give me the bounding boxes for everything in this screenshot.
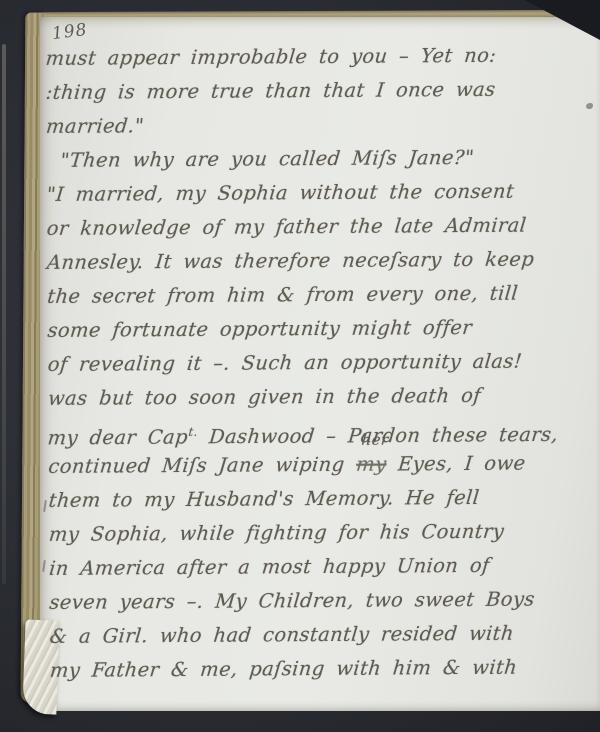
manuscript-line: Annesley. It was therefore neceſsary to … bbox=[45, 242, 600, 280]
text-segment: married." bbox=[45, 114, 145, 138]
text-segment: continued Miſs Jane wiping bbox=[47, 453, 357, 478]
text-segment: them to my Husband's Memory. He fell bbox=[48, 486, 481, 512]
manuscript-line: was but too soon given in the death of bbox=[46, 378, 600, 416]
text-segment: of revealing it –. Such an opportunity a… bbox=[47, 350, 523, 376]
manuscript-line: the secret from him & from every one, ti… bbox=[46, 276, 600, 314]
manuscript-photo: 198 must appear improbable to you – Yet … bbox=[0, 0, 600, 732]
manuscript-text: must appear improbable to you – Yet no::… bbox=[44, 38, 600, 688]
manuscript-line: married." bbox=[44, 106, 599, 144]
manuscript-line: my Sophia, while fighting for his Countr… bbox=[47, 514, 600, 552]
manuscript-line: or knowledge of my father the late Admir… bbox=[45, 208, 600, 246]
struck-word: my bbox=[355, 453, 388, 476]
text-segment: my Sophia, while fighting for his Countr… bbox=[48, 520, 505, 546]
text-segment: must appear improbable to you – Yet no: bbox=[45, 44, 498, 70]
manuscript-line: "Then why are you called Miſs Jane?" bbox=[45, 140, 600, 178]
manuscript-line: :thing is more true than that I once was bbox=[44, 72, 599, 110]
text-segment: :thing is more true than that I once was bbox=[45, 78, 497, 104]
text-segment: some fortunate opportunity might offer bbox=[46, 316, 473, 342]
manuscript-line: in America after a most happy Union of bbox=[48, 548, 600, 586]
manuscript-line: some fortunate opportunity might offer bbox=[46, 310, 600, 348]
manuscript-line: them to my Husband's Memory. He fell bbox=[47, 480, 600, 518]
manuscript-line: & a Girl. who had constantly resided wit… bbox=[48, 616, 600, 654]
manuscript-line: of revealing it –. Such an opportunity a… bbox=[46, 344, 600, 382]
text-segment: or knowledge of my father the late Admir… bbox=[46, 214, 528, 240]
text-segment: seven years –. My Children, two sweet Bo… bbox=[48, 588, 536, 614]
text-segment: "I married, my Sophia without the consen… bbox=[46, 180, 516, 206]
text-segment: my dear Cap bbox=[47, 425, 190, 449]
manuscript-line: must appear improbable to you – Yet no: bbox=[44, 38, 599, 76]
manuscript-line: continued Miſs Jane wiping myher Eyes, I… bbox=[47, 446, 600, 484]
page-number: 198 bbox=[51, 20, 89, 44]
manuscript-line: my Father & me, paſsing with him & with bbox=[48, 650, 600, 688]
manuscript-line: "I married, my Sophia without the consen… bbox=[45, 174, 600, 212]
text-segment: "Then why are you called Miſs Jane?" bbox=[59, 146, 475, 172]
text-segment: my Father & me, paſsing with him & with bbox=[49, 656, 519, 682]
text-segment: & a Girl. who had constantly resided wit… bbox=[49, 622, 516, 648]
manuscript-line: my dear Capt. Dashwood – Pardon these te… bbox=[47, 412, 600, 450]
text-segment: was but too soon given in the death of bbox=[47, 384, 482, 410]
text-segment: the secret from him & from every one, ti… bbox=[46, 282, 519, 308]
outer-page-edge bbox=[2, 44, 6, 584]
text-segment: Annesley. It was therefore neceſsary to … bbox=[46, 248, 535, 274]
text-segment: in America after a most happy Union of bbox=[48, 554, 491, 580]
text-segment: Eyes, I owe bbox=[385, 452, 526, 476]
corrected-word: myher bbox=[355, 448, 389, 482]
manuscript-line: seven years –. My Children, two sweet Bo… bbox=[48, 582, 600, 620]
inserted-word: her bbox=[361, 433, 389, 448]
